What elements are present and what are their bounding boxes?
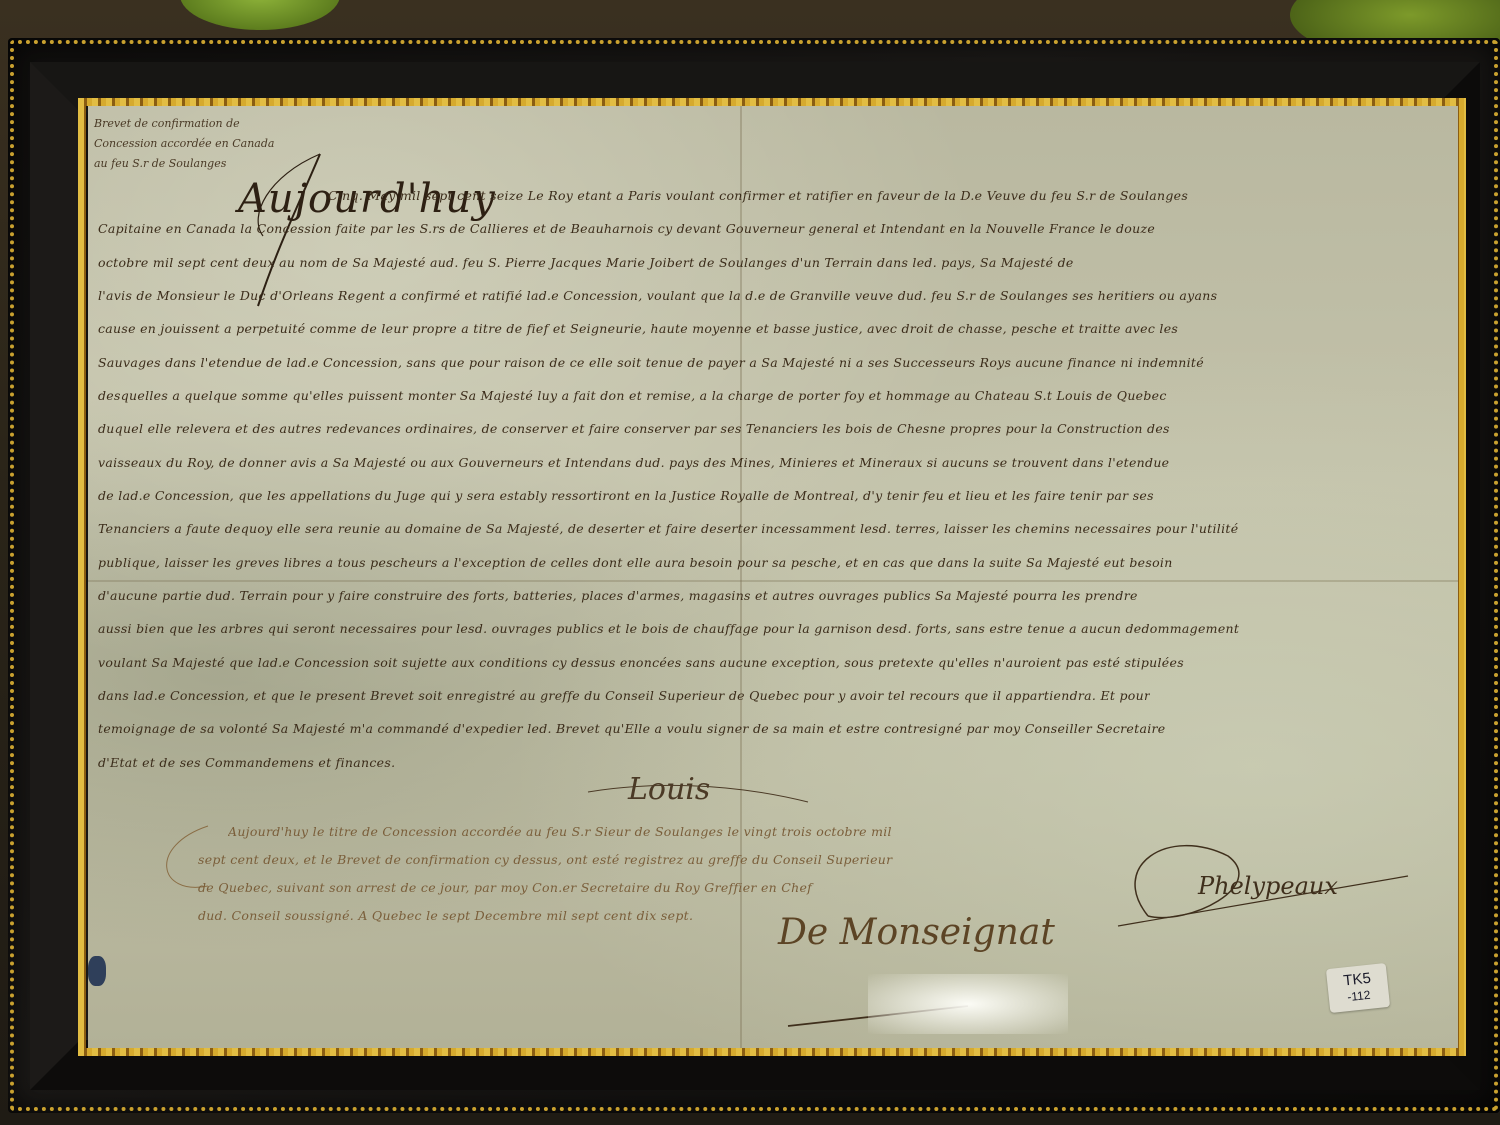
body-line: octobre mil sept cent deux au nom de Sa … <box>98 255 1074 270</box>
body-line: voulant Sa Majesté que lad.e Concession … <box>98 655 1184 670</box>
body-line: d'Etat et de ses Commandemens et finance… <box>98 755 395 770</box>
body-line: Cinq. May mil sept cent seize Le Roy eta… <box>328 188 1448 203</box>
fold-line-horizontal <box>88 580 1458 582</box>
body-line: aussi bien que les arbres qui seront nec… <box>98 621 1239 636</box>
inventory-tag: TK5 -112 <box>1326 963 1390 1013</box>
registration-line: de Quebec, suivant son arrest de ce jour… <box>198 880 1228 895</box>
signature-minister: Phelypeaux <box>1198 872 1338 900</box>
margin-note-line: Brevet de confirmation de <box>94 114 294 134</box>
registration-line: Aujourd'huy le titre de Concession accor… <box>228 824 1228 839</box>
body-line: temoignage de sa volonté Sa Majesté m'a … <box>98 721 1165 736</box>
body-line: duquel elle relevera et des autres redev… <box>98 421 1170 436</box>
body-line: l'avis de Monsieur le Duc d'Orleans Rege… <box>98 288 1217 303</box>
calligraphic-flourishes <box>88 106 1458 1048</box>
glass-glare <box>868 974 1068 1034</box>
body-line: publique, laisser les greves libres a to… <box>98 555 1173 570</box>
body-line: dans lad.e Concession, et que le present… <box>98 688 1150 703</box>
body-line: d'aucune partie dud. Terrain pour y fair… <box>98 588 1138 603</box>
margin-note-line: Concession accordée en Canada <box>94 134 294 154</box>
body-line: Capitaine en Canada la Concession faite … <box>98 221 1155 236</box>
registration-line: dud. Conseil soussigné. A Quebec le sept… <box>198 908 1228 923</box>
margin-note: Brevet de confirmation de Concession acc… <box>94 114 294 174</box>
margin-note-line: au feu S.r de Soulanges <box>94 154 294 174</box>
body-line: Sauvages dans l'etendue de lad.e Concess… <box>98 355 1204 370</box>
body-line: vaisseaux du Roy, de donner avis a Sa Ma… <box>98 455 1169 470</box>
body-line: Tenanciers a faute dequoy elle sera reun… <box>98 521 1238 536</box>
ink-stain <box>88 956 106 986</box>
registration-line: sept cent deux, et le Brevet de confirma… <box>198 852 1228 867</box>
body-line: cause en jouissent a perpetuité comme de… <box>98 321 1178 336</box>
body-line: desquelles a quelque somme qu'elles puis… <box>98 388 1167 403</box>
signature-clerk: De Monseignat <box>778 912 1055 953</box>
fold-line-vertical <box>740 106 742 1048</box>
body-line: de lad.e Concession, que les appellation… <box>98 488 1154 503</box>
parchment-document: Brevet de confirmation de Concession acc… <box>88 106 1458 1048</box>
signature-king: Louis <box>628 772 710 807</box>
